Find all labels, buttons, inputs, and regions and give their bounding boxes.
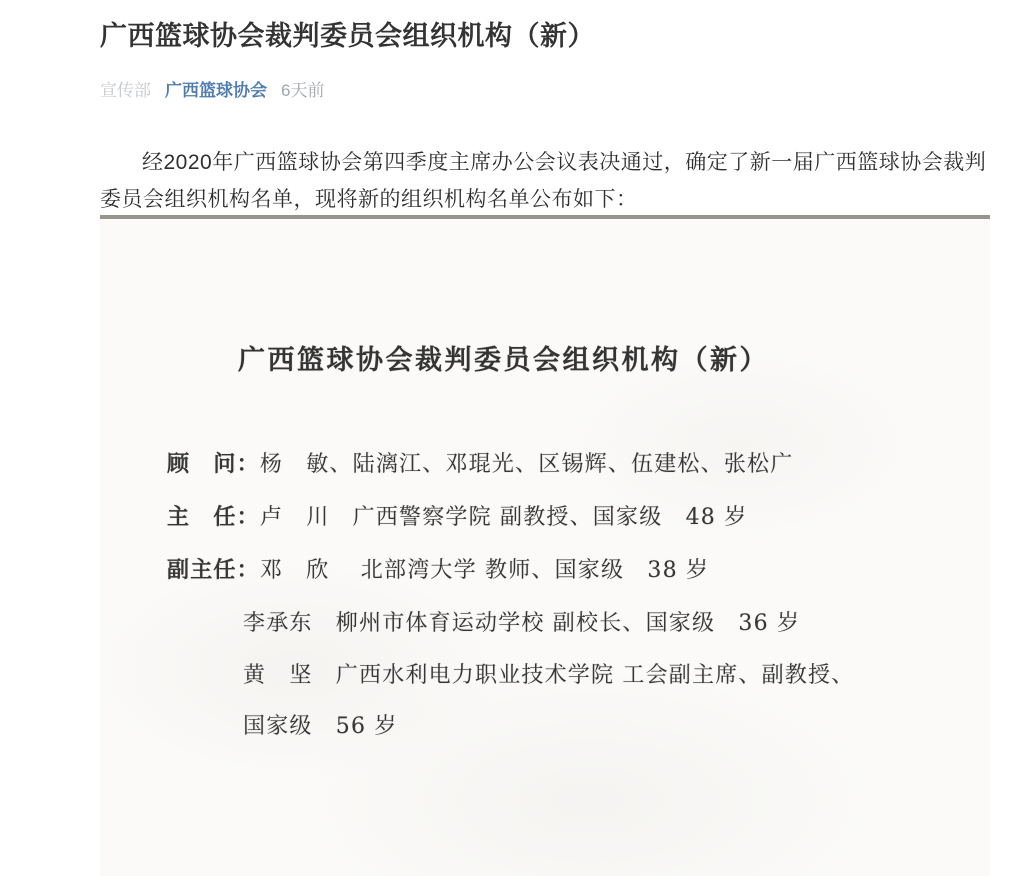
meta-department: 宣传部 <box>100 76 151 101</box>
scan-line-text: 李承东 柳州市体育运动学校 副校长、国家级 36 岁 <box>243 611 800 636</box>
scan-line-label: 副主任： <box>167 557 260 583</box>
meta-timestamp: 6天前 <box>281 76 324 101</box>
scanned-document-image: 广西篮球协会裁判委员会组织机构（新） 顾 问：杨 敏、陆漓江、邓琨光、区锡辉、伍… <box>100 215 990 876</box>
scan-line-text: 国家级 56 岁 <box>243 714 398 739</box>
scan-line-director: 主 任：卢 川 广西警察学院 副教授、国家级 48 岁 <box>167 500 747 531</box>
scan-line-deputy-director-1: 副主任：邓 欣 北部湾大学 教师、国家级 38 岁 <box>167 553 709 584</box>
source-link[interactable]: 广西篮球协会 <box>165 76 267 101</box>
scan-line-label: 顾 问： <box>167 451 260 477</box>
scan-line-text: 卢 川 广西警察学院 副教授、国家级 48 岁 <box>260 505 748 530</box>
article-meta: 宣传部 广西篮球协会 6天前 <box>100 76 324 101</box>
scan-line-advisors: 顾 问：杨 敏、陆漓江、邓琨光、区锡辉、伍建松、张松广 <box>167 447 793 478</box>
scan-line-label: 主 任： <box>167 504 260 530</box>
scan-line-text: 杨 敏、陆漓江、邓琨光、区锡辉、伍建松、张松广 <box>260 452 794 477</box>
scan-line-deputy-director-3-cont: 国家级 56 岁 <box>243 709 398 740</box>
scan-line-deputy-director-3: 黄 坚 广西水利电力职业技术学院 工会副主席、副教授、 <box>243 658 854 689</box>
article-paragraph: 经2020年广西篮球协会第四季度主席办公会议表决通过，确定了新一届广西篮球协会裁… <box>100 144 993 218</box>
page-title: 广西篮球协会裁判委员会组织机构（新） <box>100 14 990 53</box>
scan-line-text: 邓 欣 北部湾大学 教师、国家级 38 岁 <box>260 558 709 583</box>
scan-document-title: 广西篮球协会裁判委员会组织机构（新） <box>238 338 769 377</box>
scan-line-text: 黄 坚 广西水利电力职业技术学院 工会副主席、副教授、 <box>243 663 854 688</box>
scan-line-deputy-director-2: 李承东 柳州市体育运动学校 副校长、国家级 36 岁 <box>243 606 800 637</box>
